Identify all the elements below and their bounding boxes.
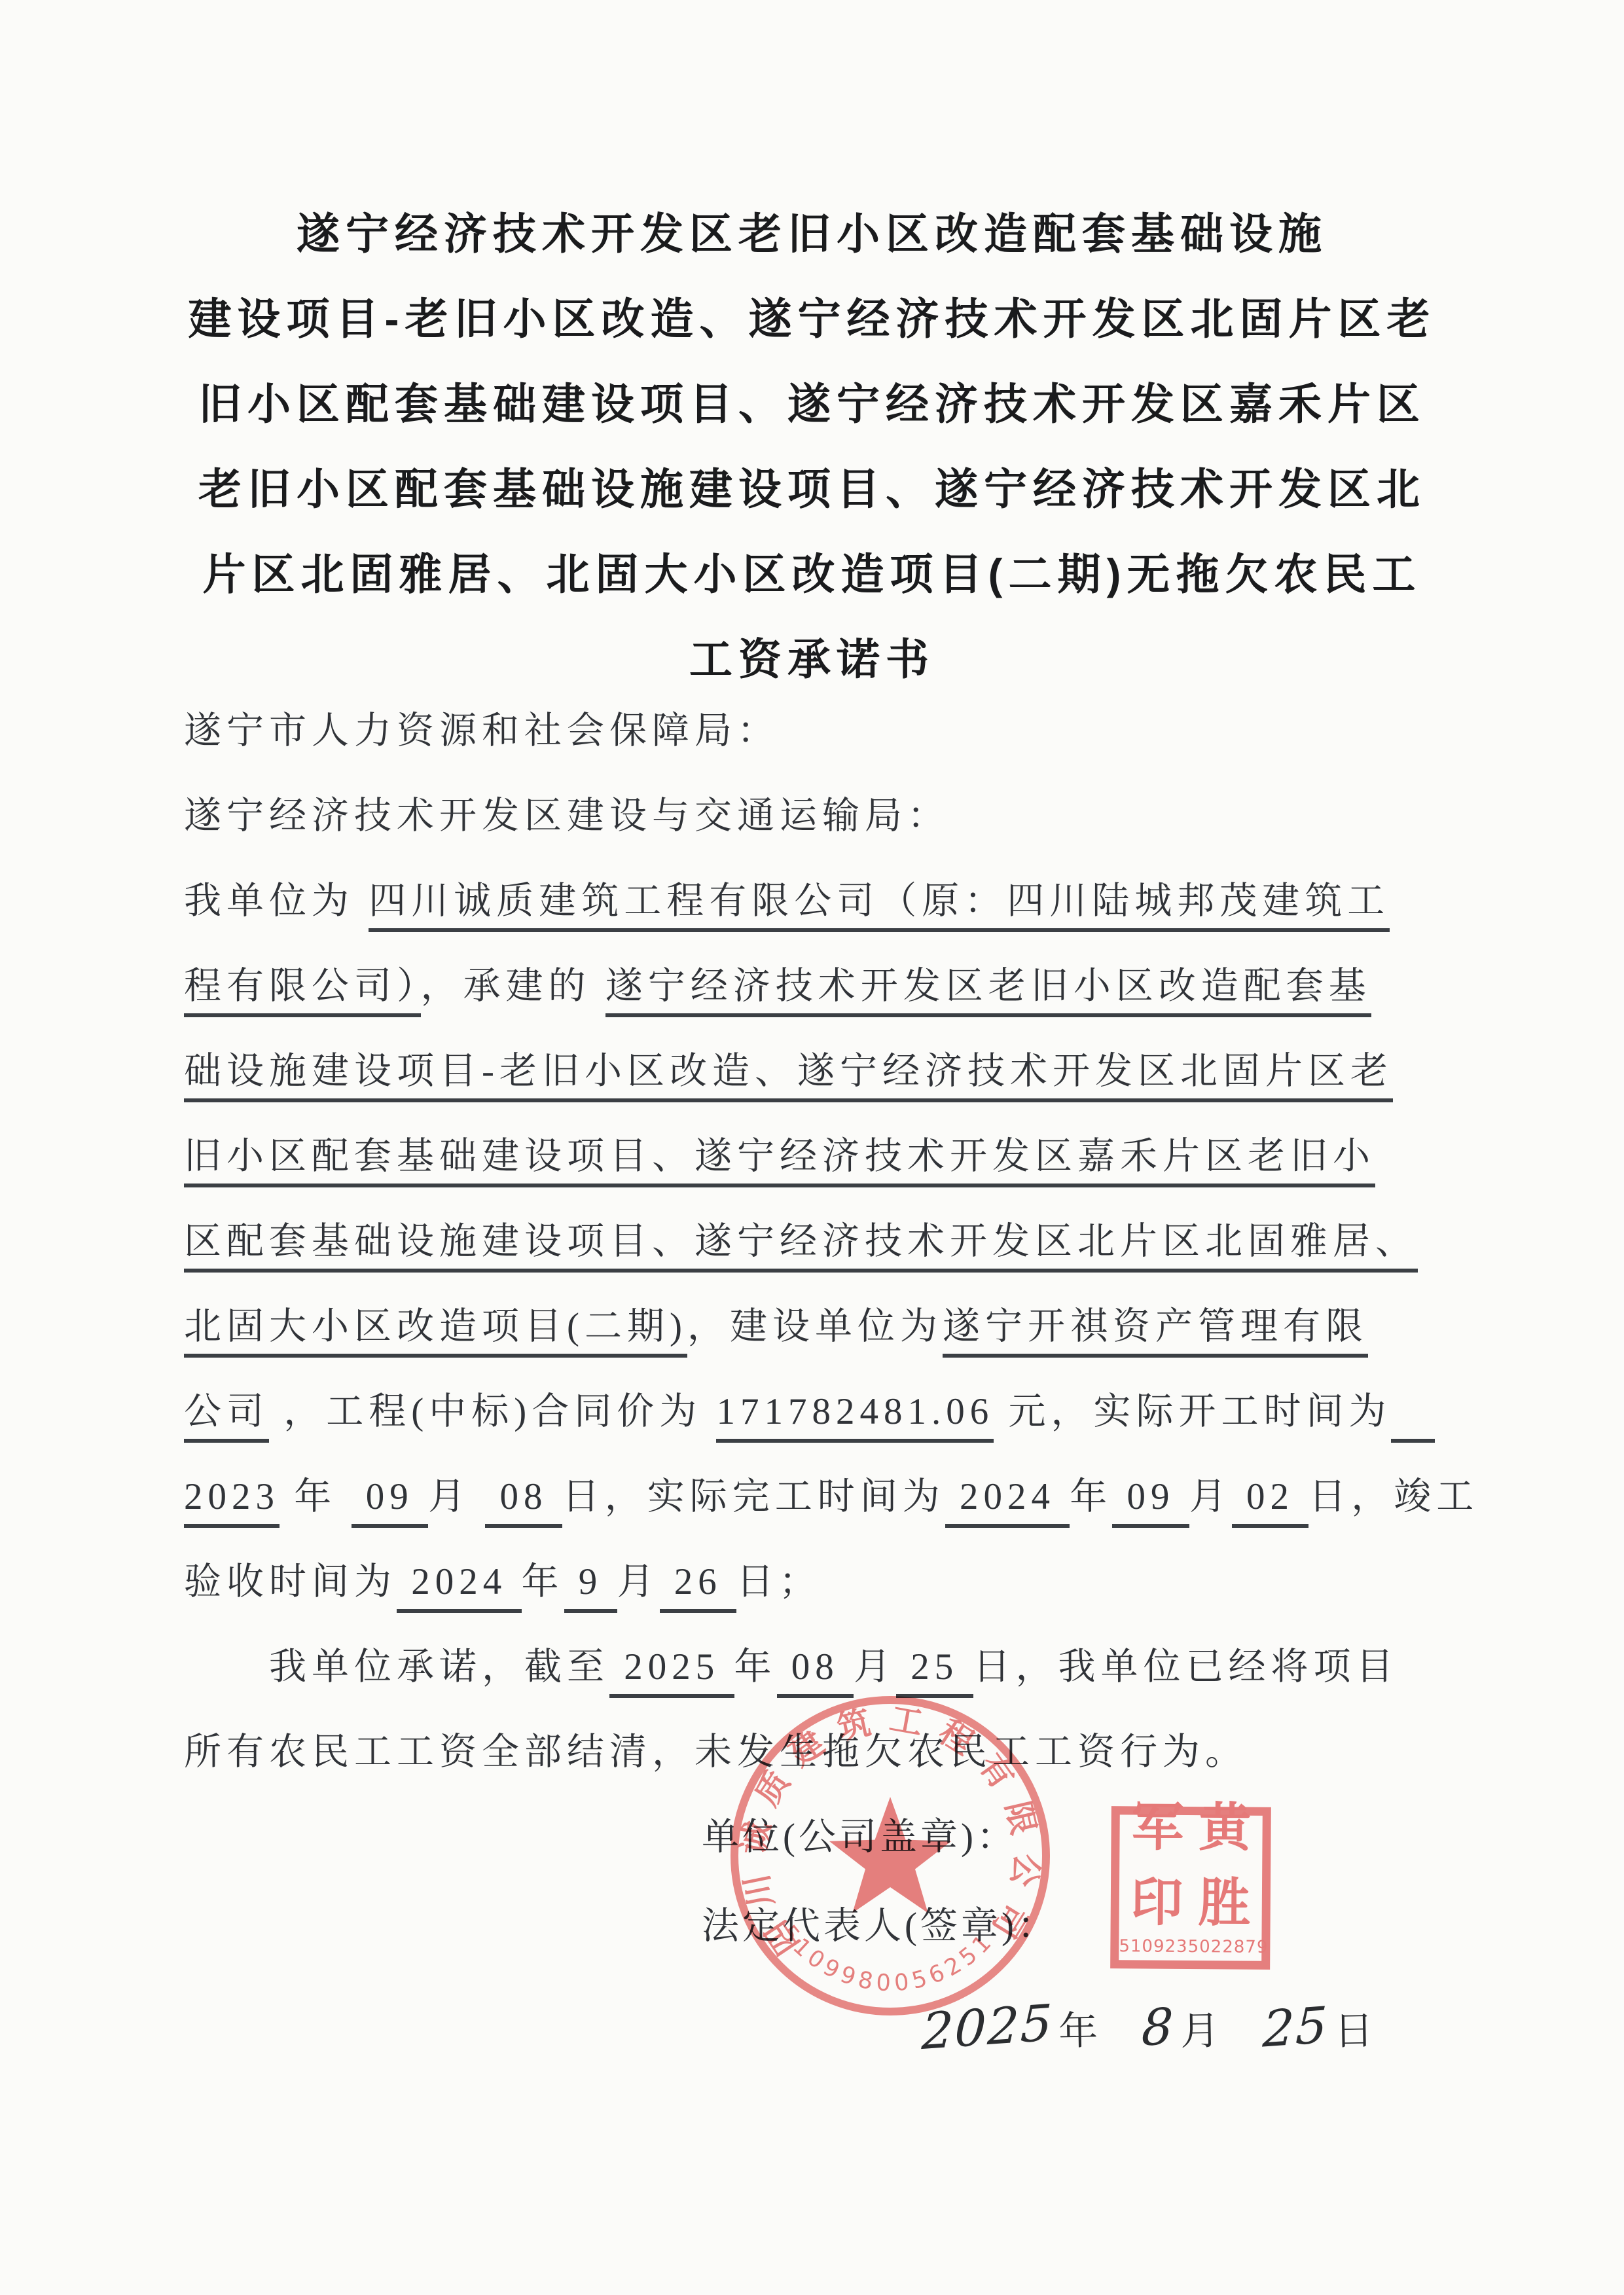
month-unit-label: 月 [1180,1999,1219,2056]
filled-blank: 9 [564,1561,617,1613]
filled-blank: 2025 [609,1646,734,1698]
text-run: 月 [854,1646,896,1688]
document-title: 遂宁经济技术开发区老旧小区改造配套基础设施 建设项目-老旧小区改造、遂宁经济技术… [79,191,1545,702]
filled-blank [1391,1391,1435,1443]
text-run: 年 [280,1476,352,1517]
salutation-line-2: 遂宁经济技术开发区建设与交通运输局： [184,774,1441,859]
text-run: 年 [734,1646,777,1688]
filled-blank: 2024 [397,1561,522,1613]
body-line: 北固大小区改造项目(二期)，建设单位为遂宁开祺资产管理有限 [184,1284,1441,1369]
text-run: 年 [522,1561,564,1602]
body-line: 程有限公司），承建的 遂宁经济技术开发区老旧小区改造配套基 [184,944,1441,1029]
text-run: 我单位承诺，截至 [269,1646,609,1688]
text-run: 年 [1070,1476,1112,1517]
handwritten-month-digits: 8 [1141,1997,1176,2057]
text-run: ，承建的 [421,966,591,1007]
body-line: 础设施建设项目-老旧小区改造、遂宁经济技术开发区北固片区老 [184,1029,1441,1114]
handwritten-month: 8月 [1142,1998,1219,2056]
seal-char: 印 [1123,1860,1191,1936]
salutation-line-1: 遂宁市人力资源和社会保障局： [184,689,1441,774]
filled-blank: 础设施建设项目-老旧小区改造、遂宁经济技术开发区北固片区老 [184,1051,1393,1102]
body-line: 旧小区配套基础建设项目、遂宁经济技术开发区嘉禾片区老旧小 [184,1114,1441,1199]
filled-blank: 08 [485,1476,562,1528]
document-body: 遂宁市人力资源和社会保障局： 遂宁经济技术开发区建设与交通运输局： 我单位为 四… [184,689,1441,1795]
filled-blank: 2023 [184,1476,280,1528]
filled-blank: 公司 [184,1391,269,1443]
filled-blank: 程有限公司） [184,966,421,1017]
seal-name-grid: 军 黄 印 胜 [1119,1779,1263,1936]
company-circular-seal: 四川诚质建筑工程有限公司 5109980056251 [727,1692,1054,2019]
title-line-3: 旧小区配套基础建设项目、遂宁经济技术开发区嘉禾片区 [79,361,1545,446]
text-run: 月 [1189,1476,1232,1517]
filled-blank: 08 [777,1646,854,1698]
filled-blank: 旧小区配套基础建设项目、遂宁经济技术开发区嘉禾片区老旧小 [184,1136,1375,1187]
title-line-1: 遂宁经济技术开发区老旧小区改造配套基础设施 [79,191,1545,276]
body-line: 2023 年 09 月 08 日，实际完工时间为 2024 年 09 月 02 … [184,1455,1441,1540]
filled-blank: 遂宁经济技术开发区老旧小区改造配套基 [605,966,1371,1017]
text-run: 月 [617,1561,660,1602]
title-line-4: 老旧小区配套基础设施建设项目、遂宁经济技术开发区北 [79,446,1545,532]
handwritten-day: 25日 [1263,1998,1373,2056]
scanned-document-page: 遂宁经济技术开发区老旧小区改造配套基础设施 建设项目-老旧小区改造、遂宁经济技术… [0,0,1624,2295]
text-run: 日，我单位已经将项目 [973,1646,1399,1688]
body-line: 公司 ，工程(中标)合同价为 171782481.06 元，实际开工时间为 [184,1369,1441,1455]
text-run: 日，实际完工时间为 [562,1476,945,1517]
legal-rep-square-seal: 军 黄 印 胜 5109235022879 [1110,1806,1271,1970]
filled-blank: 171782481.06 [716,1391,994,1443]
text-run [591,966,605,1007]
filled-blank: 遂宁开祺资产管理有限 [943,1306,1368,1358]
body-line: 我单位为 四川诚质建筑工程有限公司（原：四川陆城邦茂建筑工 [184,859,1441,944]
filled-blank: 26 [660,1561,737,1613]
filled-blank: 25 [896,1646,973,1698]
text-run: 日，竣工 [1308,1476,1479,1517]
seal-serial-number: 5109235022879 [1119,1935,1261,1961]
text-run: ，工程(中标)合同价为 [269,1391,716,1432]
filled-blank: 北固大小区改造项目(二期) [184,1306,687,1358]
filled-blank: 四川诚质建筑工程有限公司（原：四川陆城邦茂建筑工 [369,880,1390,932]
text-run: 日； [736,1561,821,1602]
day-unit-label: 日 [1333,1999,1373,2056]
seal-char: 胜 [1190,1860,1258,1936]
filled-blank: 09 [1112,1476,1189,1528]
text-run: 验收时间为 [184,1561,397,1602]
year-unit-label: 年 [1058,1999,1098,2056]
text-run: 我单位为 [184,880,354,922]
text-run: 元，实际开工时间为 [994,1391,1391,1432]
text-run: 月 [428,1476,485,1517]
text-run: ，建设单位为 [687,1306,943,1347]
filled-blank: 2024 [945,1476,1070,1528]
seal-char: 黄 [1191,1785,1259,1861]
handwritten-day-digits: 25 [1262,1995,1330,2058]
star-icon [829,1797,951,1913]
seal-char: 军 [1123,1784,1191,1860]
title-line-5: 片区北固雅居、北固大小区改造项目(二期)无拖欠农民工 [79,532,1545,617]
body-line: 验收时间为 2024 年 9 月 26 日； [184,1540,1441,1625]
text-run [354,880,369,922]
title-line-2: 建设项目-老旧小区改造、遂宁经济技术开发区北固片区老 [79,276,1545,361]
text-run: 所有农民工工资全部结清，未发生拖欠农民工工资行为。 [184,1731,1248,1773]
filled-blank: 区配套基础设施建设项目、遂宁经济技术开发区北片区北固雅居、 [184,1221,1418,1273]
filled-blank: 02 [1232,1476,1309,1528]
filled-blank: 09 [352,1476,429,1528]
body-line: 区配套基础设施建设项目、遂宁经济技术开发区北片区北固雅居、 [184,1199,1441,1284]
